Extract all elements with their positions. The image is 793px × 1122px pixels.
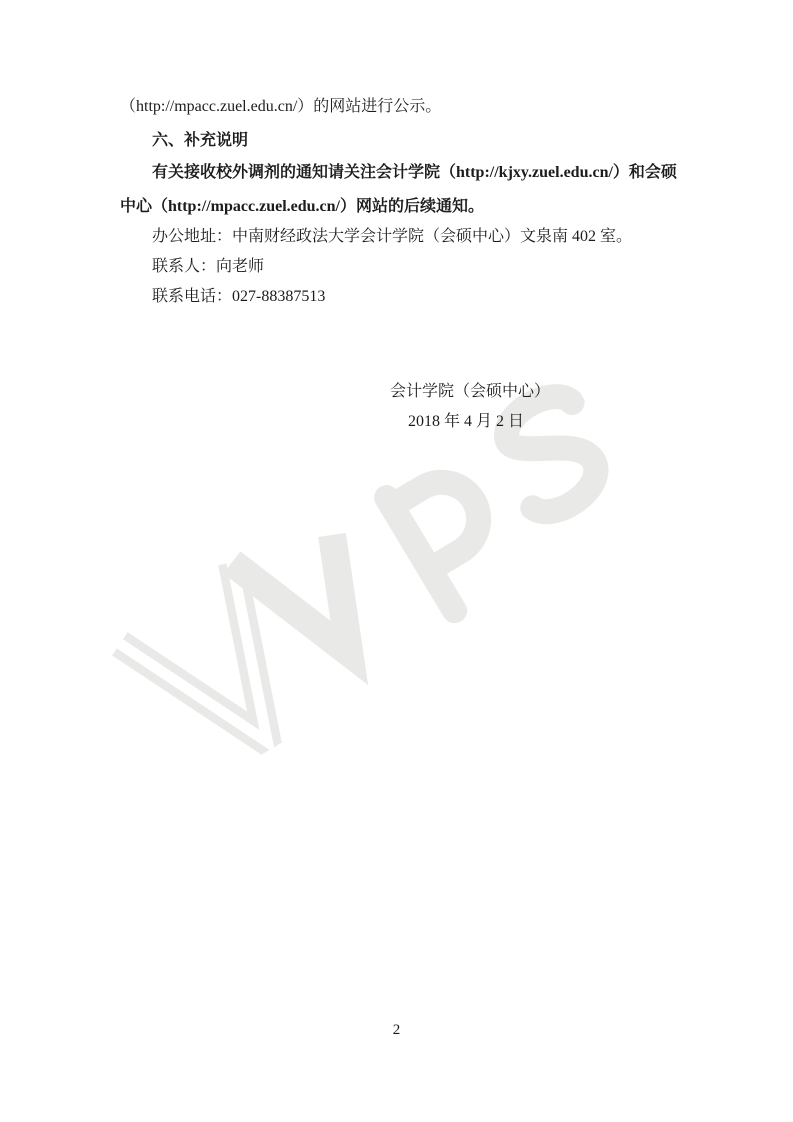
document-page: （http://mpacc.zuel.edu.cn/）的网站进行公示。 六、补充… (0, 0, 793, 1122)
body-line-contact-person: 联系人：向老师 (152, 257, 264, 277)
body-line-office-address: 办公地址：中南财经政法大学会计学院（会硕中心）文泉南 402 室。 (152, 227, 632, 247)
wps-watermark-logo (84, 338, 655, 796)
body-line-notice-1: 有关接收校外调剂的通知请关注会计学院（http://kjxy.zuel.edu.… (152, 163, 677, 183)
signature-org: 会计学院（会硕中心） (390, 382, 550, 402)
signature-date: 2018 年 4 月 2 日 (408, 412, 524, 432)
section-heading: 六、补充说明 (152, 131, 248, 151)
body-line-url-notice: （http://mpacc.zuel.edu.cn/）的网站进行公示。 (120, 97, 441, 117)
body-line-notice-2: 中心（http://mpacc.zuel.edu.cn/）网站的后续通知。 (120, 197, 484, 217)
body-line-contact-phone: 联系电话：027-88387513 (152, 287, 325, 307)
page-number: 2 (0, 1022, 793, 1039)
